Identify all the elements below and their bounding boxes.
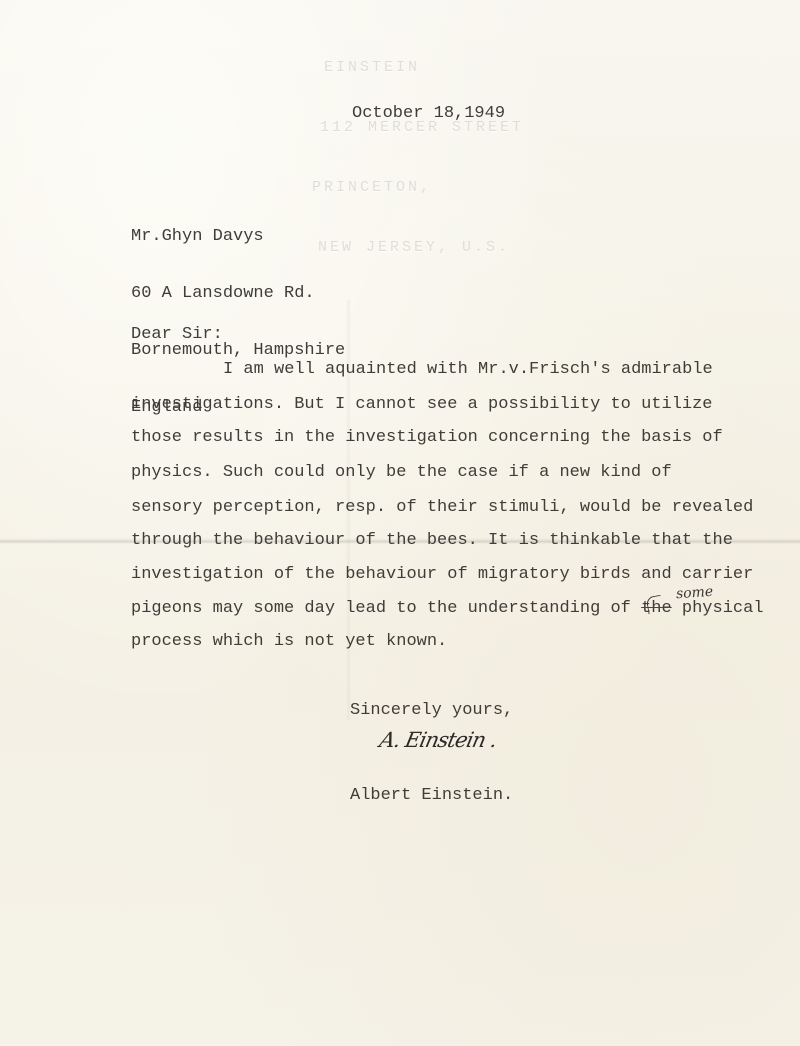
address-line: 60 A Lansdowne Rd. — [131, 284, 345, 303]
body-line: investigations. But I cannot see a possi… — [131, 396, 713, 414]
body-line: those results in the investigation conce… — [131, 429, 723, 447]
body-line: I am well aquainted with Mr.v.Frisch's a… — [223, 361, 713, 379]
body-line: process which is not yet known. — [131, 633, 447, 651]
handwritten-insertion: some — [675, 584, 713, 603]
closing: Sincerely yours, — [350, 702, 513, 720]
body-line: physics. Such could only be the case if … — [131, 464, 672, 482]
recipient-address: Mr.Ghyn Davys 60 A Lansdowne Rd. Bornemo… — [131, 189, 345, 455]
insertion-caret-mark — [646, 595, 664, 614]
body-text: physical — [672, 599, 764, 618]
letter-page: EINSTEIN 112 MERCER STREET PRINCETON, NE… — [0, 0, 800, 1046]
address-line: Mr.Ghyn Davys — [131, 227, 345, 246]
body-line: sensory perception, resp. of their stimu… — [131, 499, 753, 517]
body-line-with-correction: pigeons may some day lead to the underst… — [131, 600, 764, 618]
salutation: Dear Sir: — [131, 326, 223, 344]
body-line: through the behaviour of the bees. It is… — [131, 532, 733, 550]
body-text: pigeons may some day lead to the underst… — [131, 599, 641, 618]
typed-signatory-name: Albert Einstein. — [350, 787, 513, 805]
body-line: investigation of the behaviour of migrat… — [131, 566, 753, 584]
handwritten-signature: A. Einstein . — [377, 728, 498, 752]
letter-date: October 18,1949 — [352, 105, 505, 123]
letterhead-line: EINSTEIN — [312, 58, 524, 78]
